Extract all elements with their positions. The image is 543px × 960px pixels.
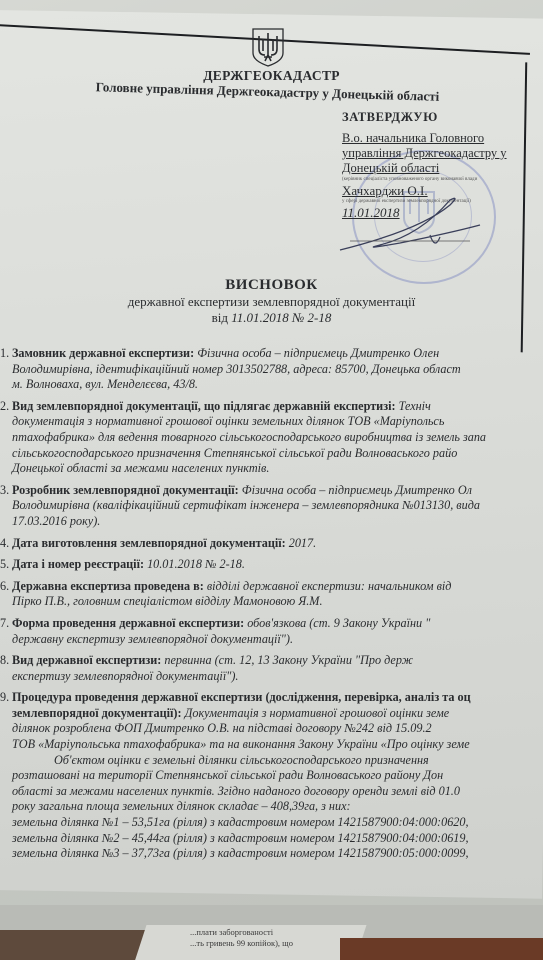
paragraph-line: області за межами населених пунктів. Згі… [12,784,543,800]
signature-scribble [300,175,500,285]
plot-row-2: земельна ділянка №2 – 45,44га (рілля) з … [12,831,543,847]
document-content: ДЕРЖГЕОКАДАСТР Головне управління Держге… [0,0,543,900]
approval-position-line-2: управління Держгеокадастру у [342,146,542,161]
plot-row-3: земельна ділянка №3 – 37,73га (рілля) з … [12,846,543,862]
list-item-5: 5. Дата і номер реєстрації: 10.01.2018 №… [0,557,543,573]
paragraph-line: року загальна площа земельних ділянок ск… [12,799,543,815]
document-date-number: від 11.01.2018 № 2-18 [0,310,543,326]
underlying-page-text: ...плати заборгованості ...ть гривень 99… [190,927,293,949]
date-prefix: від [212,310,228,325]
item-label: Вид землевпорядної документації, що підл… [12,399,396,413]
list-item-3: 3. Розробник землевпорядної документації… [0,483,543,530]
paragraph-line: розташовані на території Степнянської сі… [12,768,543,784]
approval-position-line-1: В.о. начальника Головного [342,131,542,146]
list-item-7: 7. Форма проведення державної експертизи… [0,616,543,647]
date-number: 11.01.2018 № 2-18 [231,310,331,325]
red-cover [340,938,543,960]
trizub-crest-icon [251,27,285,67]
approval-title: ЗАТВЕРДЖУЮ [342,110,542,125]
document-subtitle: державної експертизи землевпорядної доку… [0,294,543,310]
items-list: 1. Замовник державної експертизи: Фізичн… [0,346,543,868]
approval-position-line-3: Донецькій області [342,161,542,176]
paragraph-line: Об'єктом оцінки є земельні ділянки сільс… [12,753,543,769]
list-item-4: 4. Дата виготовлення землевпорядної доку… [0,536,543,552]
item-label: Замовник державної експертизи: [12,346,194,360]
item-value: Фізична особа – підприємець Дмитренко Ол… [197,346,439,360]
list-item-1: 1. Замовник державної експертизи: Фізичн… [0,346,543,393]
list-item-6: 6. Державна експертиза проведена в: відд… [0,579,543,610]
document-title: ВИСНОВОК [0,277,543,294]
list-item-2: 2. Вид землевпорядної документації, що п… [0,399,543,477]
list-item-8: 8. Вид державної експертизи: первинна (с… [0,653,543,684]
plot-row-1: земельна ділянка №1 – 53,51га (рілля) з … [12,815,543,831]
item-label: Розробник землевпорядної документації: [12,483,239,497]
list-item-9: 9. Процедура проведення державної експер… [0,690,543,862]
